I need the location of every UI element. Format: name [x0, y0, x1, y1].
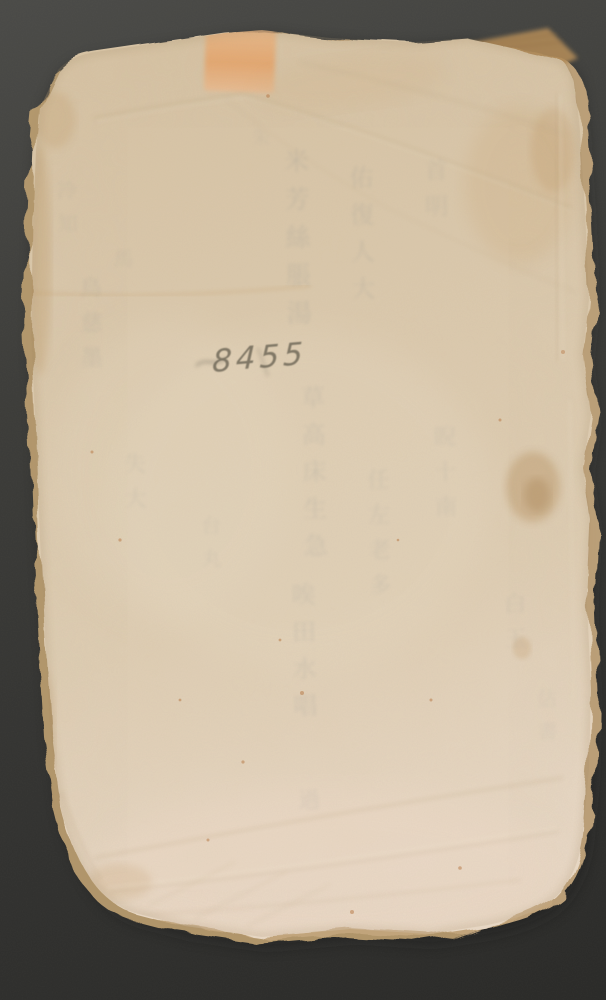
paper-surface-detail — [0, 0, 606, 1000]
paper-grain — [0, 0, 606, 1000]
manuscript-photo-canvas — [0, 0, 606, 1000]
photo-of-manuscript: 冷知 鳥慈墨 馬 失大 台丸 米芳絲脹湯 草高床生急 唉田水唱 佑復人大 任左老… — [0, 0, 606, 1000]
